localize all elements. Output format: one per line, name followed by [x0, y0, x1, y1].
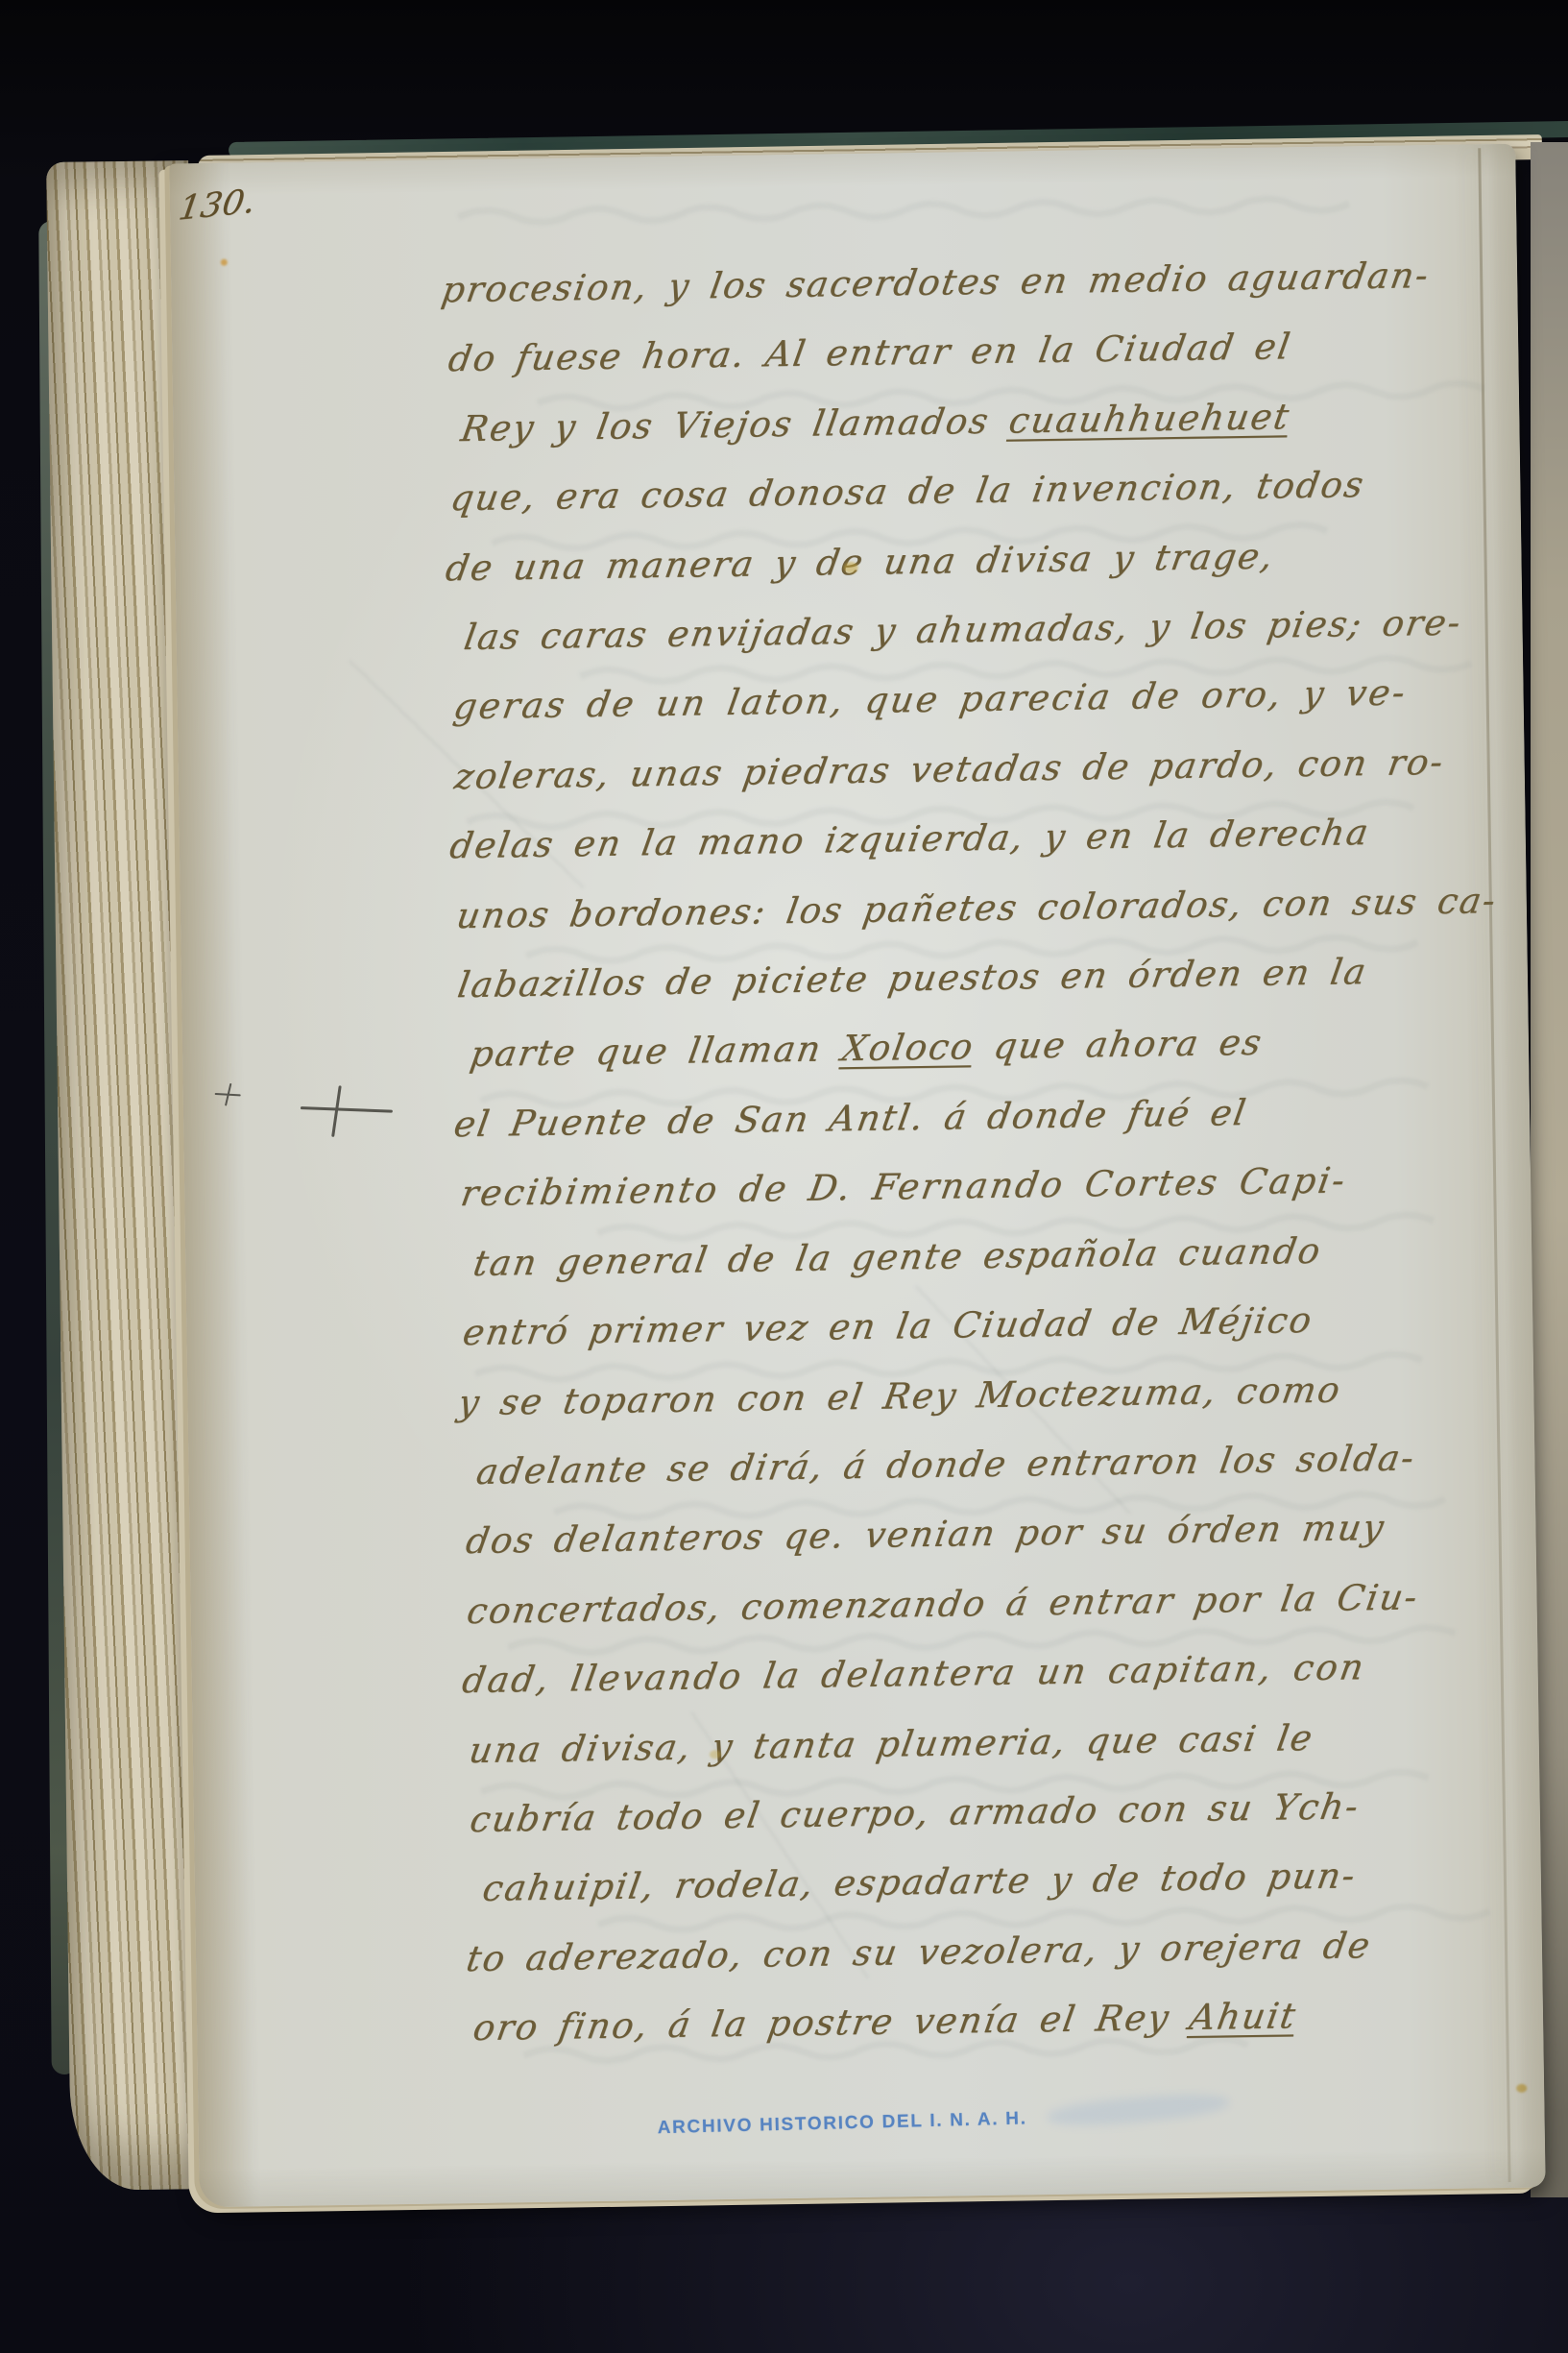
folio-number: 130. — [176, 182, 257, 229]
stamp-smudge — [1047, 2090, 1231, 2130]
archive-stamp: ARCHIVO HISTORICO DEL I. N. A. H. — [657, 2108, 1027, 2139]
underlined-word: cuauhhuehuet — [1006, 396, 1293, 441]
manuscript-line: oro fino, á la postre venía el Rey Ahuit — [468, 1978, 1532, 2064]
manuscript-page: 130. procesion, y los sacerdotes en medi… — [169, 144, 1545, 2208]
pencil-cross-large — [301, 1084, 394, 1139]
underlined-word: Ahuit — [1187, 1995, 1300, 2038]
manuscript-lines: procesion, y los sacerdotes en medio agu… — [447, 240, 1527, 2064]
underlined-word: Xoloco — [838, 1027, 977, 1070]
pencil-cross-small — [215, 1083, 241, 1108]
photo-background: { "page": { "folio_number": "130.", "lin… — [0, 0, 1568, 2353]
fox-spot — [221, 259, 228, 266]
fox-spot — [1516, 2084, 1527, 2093]
